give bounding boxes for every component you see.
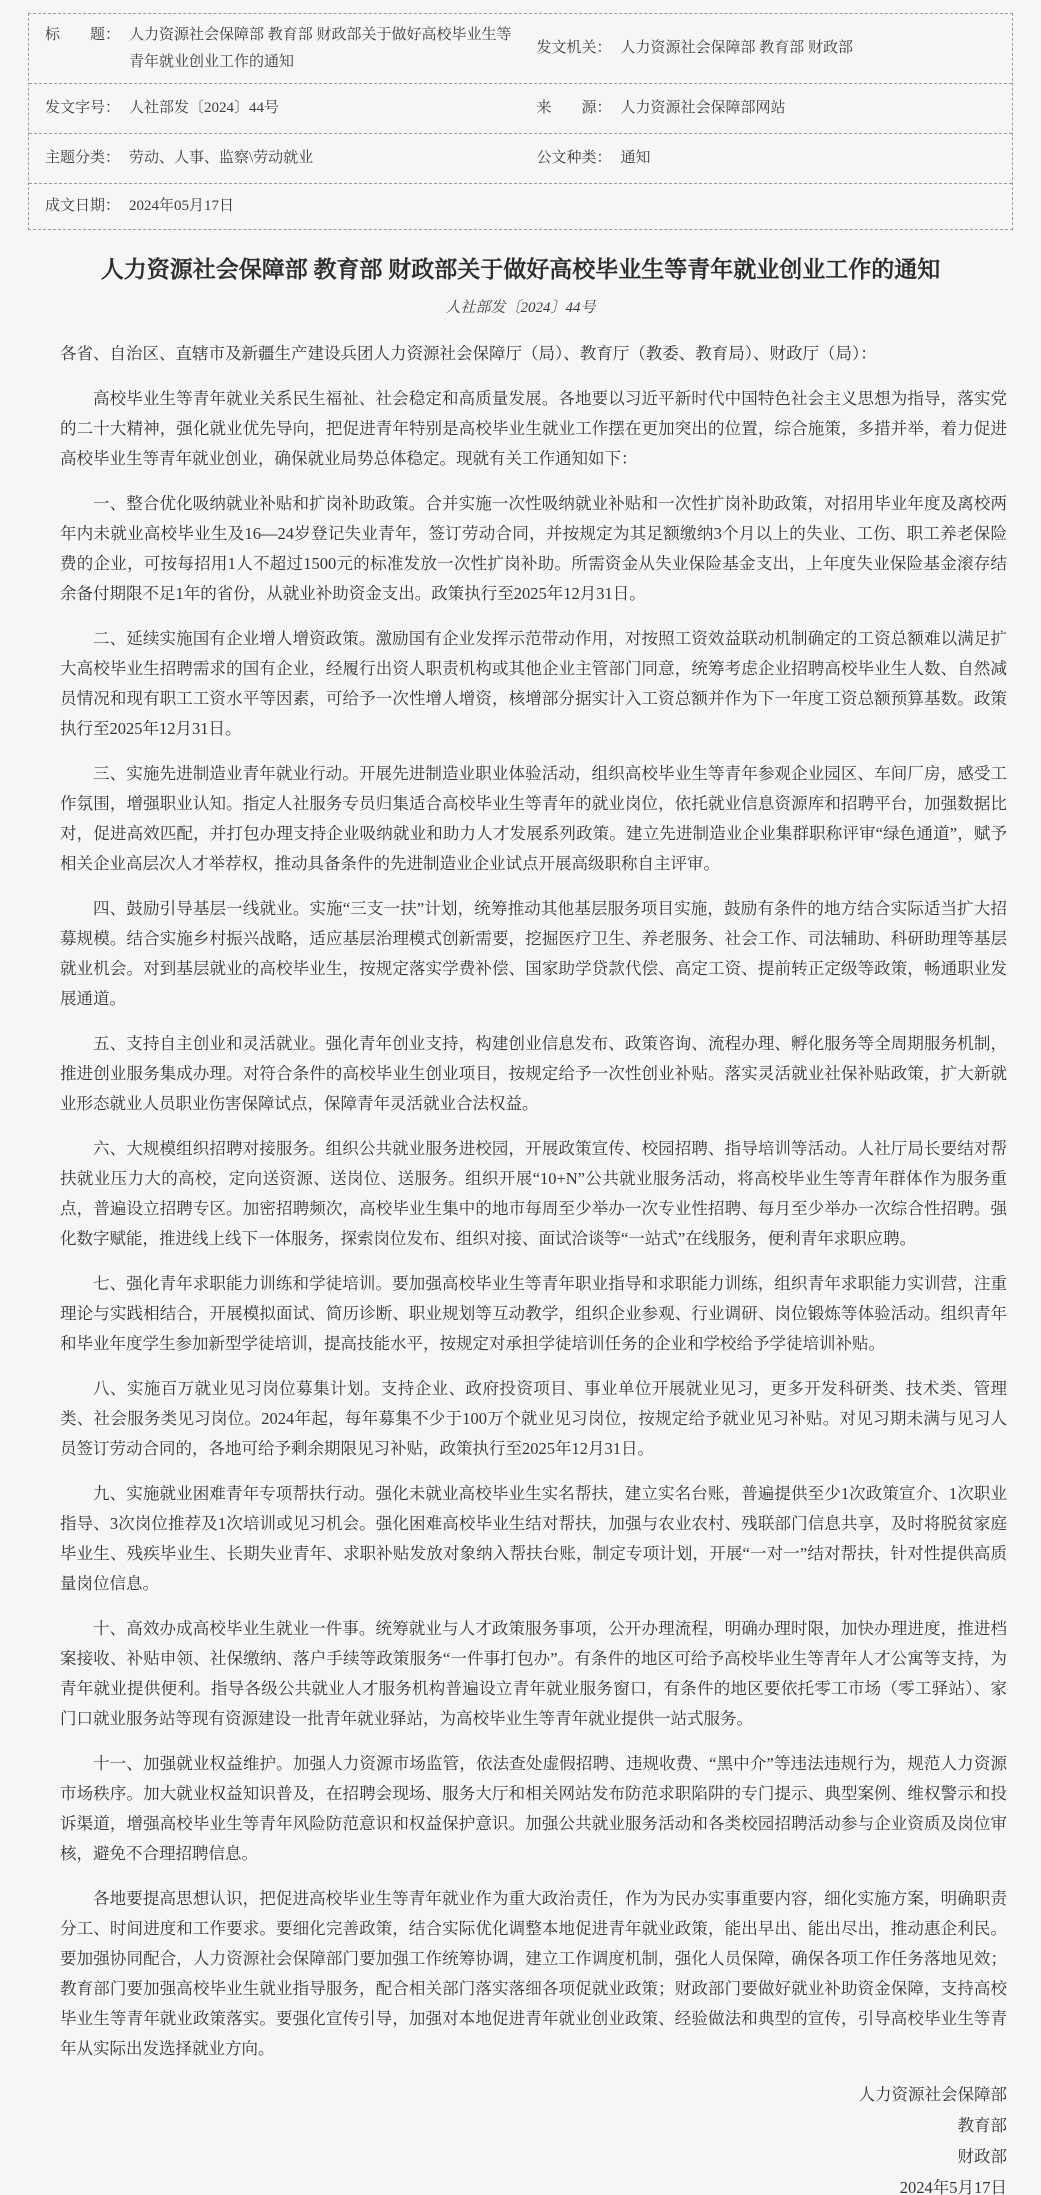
metadata-row: 主题分类： 劳动、人事、监察\劳动就业 公文种类： 通知 bbox=[29, 134, 1012, 184]
metadata-table: 标 题： 人力资源社会保障部 教育部 财政部关于做好高校毕业生等青年就业创业工作… bbox=[28, 13, 1013, 230]
paragraph-section-4: 四、鼓励引导基层一线就业。实施“三支一扶”计划，统筹推动其他基层服务项目实施，鼓… bbox=[60, 894, 1007, 1014]
metadata-row: 发文字号： 人社部发〔2024〕44号 来 源： 人力资源社会保障部网站 bbox=[29, 84, 1012, 134]
meta-label-subject-category: 主题分类： bbox=[45, 145, 120, 172]
paragraph-section-7: 七、强化青年求职能力训练和学徒培训。要加强高校毕业生等青年职业指导和求职能力训练… bbox=[60, 1269, 1007, 1359]
meta-value-issuing-agency: 人力资源社会保障部 教育部 财政部 bbox=[612, 35, 854, 62]
meta-cell-date: 成文日期： 2024年05月17日 bbox=[29, 187, 1012, 226]
metadata-row: 成文日期： 2024年05月17日 bbox=[29, 184, 1012, 229]
paragraph-closing: 各地要提高思想认识，把促进高校毕业生等青年就业作为重大政治责任，作为为民办实事重… bbox=[60, 1884, 1007, 2064]
meta-cell-title: 标 题： 人力资源社会保障部 教育部 财政部关于做好高校毕业生等青年就业创业工作… bbox=[29, 16, 521, 82]
meta-value-doc-type: 通知 bbox=[612, 145, 651, 172]
meta-cell-doc-number: 发文字号： 人社部发〔2024〕44号 bbox=[29, 89, 521, 128]
salutation: 各省、自治区、直辖市及新疆生产建设兵团人力资源社会保障厅（局）、教育厅（教委、教… bbox=[60, 339, 1007, 369]
document-title: 人力资源社会保障部 教育部 财政部关于做好高校毕业生等青年就业创业工作的通知 bbox=[30, 254, 1011, 286]
metadata-row: 标 题： 人力资源社会保障部 教育部 财政部关于做好高校毕业生等青年就业创业工作… bbox=[29, 14, 1012, 84]
paragraph-section-10: 十、高效办成高校毕业生就业一件事。统筹就业与人才政策服务事项，公开办理流程，明确… bbox=[60, 1614, 1007, 1734]
meta-value-doc-number: 人社部发〔2024〕44号 bbox=[120, 95, 279, 122]
document-body: 各省、自治区、直辖市及新疆生产建设兵团人力资源社会保障厅（局）、教育厅（教委、教… bbox=[0, 339, 1041, 2195]
paragraph-section-3: 三、实施先进制造业青年就业行动。开展先进制造业职业体验活动，组织高校毕业生等青年… bbox=[60, 759, 1007, 879]
paragraph-intro: 高校毕业生等青年就业关系民生福祉、社会稳定和高质量发展。各地要以习近平新时代中国… bbox=[60, 384, 1007, 474]
meta-value-date: 2024年05月17日 bbox=[120, 193, 234, 220]
paragraph-section-9: 九、实施就业困难青年专项帮扶行动。强化未就业高校毕业生实名帮扶，建立实名台账，普… bbox=[60, 1479, 1007, 1599]
paragraph-section-11: 十一、加强就业权益维护。加强人力资源市场监管，依法查处虚假招聘、违规收费、“黑中… bbox=[60, 1749, 1007, 1869]
meta-label-date: 成文日期： bbox=[45, 193, 120, 220]
meta-label-title: 标 题： bbox=[45, 22, 120, 49]
meta-cell-source: 来 源： 人力资源社会保障部网站 bbox=[521, 89, 1013, 128]
signature-date: 2024年5月17日 bbox=[60, 2172, 1007, 2195]
paragraph-section-8: 八、实施百万就业见习岗位募集计划。支持企业、政府投资项目、事业单位开展就业见习，… bbox=[60, 1374, 1007, 1464]
paragraph-section-5: 五、支持自主创业和灵活就业。强化青年创业支持，构建创业信息发布、政策咨询、流程办… bbox=[60, 1029, 1007, 1119]
meta-label-issuing-agency: 发文机关： bbox=[537, 35, 612, 62]
meta-value-source: 人力资源社会保障部网站 bbox=[612, 95, 786, 122]
paragraph-section-6: 六、大规模组织招聘对接服务。组织公共就业服务进校园，开展政策宣传、校园招聘、指导… bbox=[60, 1134, 1007, 1254]
document-number: 人社部发〔2024〕44号 bbox=[0, 296, 1041, 317]
meta-value-title: 人力资源社会保障部 教育部 财政部关于做好高校毕业生等青年就业创业工作的通知 bbox=[120, 22, 512, 76]
paragraph-section-1: 一、整合优化吸纳就业补贴和扩岗补助政策。合并实施一次性吸纳就业补贴和一次性扩岗补… bbox=[60, 489, 1007, 609]
meta-label-doc-type: 公文种类： bbox=[537, 145, 612, 172]
meta-cell-issuing-agency: 发文机关： 人力资源社会保障部 教育部 财政部 bbox=[521, 29, 1013, 68]
signature-agency-2: 教育部 bbox=[60, 2110, 1007, 2141]
signature-block: 人力资源社会保障部 教育部 财政部 2024年5月17日 bbox=[60, 2079, 1007, 2195]
meta-label-source: 来 源： bbox=[537, 95, 612, 122]
meta-label-doc-number: 发文字号： bbox=[45, 95, 120, 122]
paragraph-section-2: 二、延续实施国有企业增人增资政策。激励国有企业发挥示范带动作用，对按照工资效益联… bbox=[60, 624, 1007, 744]
meta-cell-doc-type: 公文种类： 通知 bbox=[521, 139, 1013, 178]
meta-value-subject-category: 劳动、人事、监察\劳动就业 bbox=[120, 145, 313, 172]
meta-cell-subject-category: 主题分类： 劳动、人事、监察\劳动就业 bbox=[29, 139, 521, 178]
signature-agency-1: 人力资源社会保障部 bbox=[60, 2079, 1007, 2110]
signature-agency-3: 财政部 bbox=[60, 2141, 1007, 2172]
